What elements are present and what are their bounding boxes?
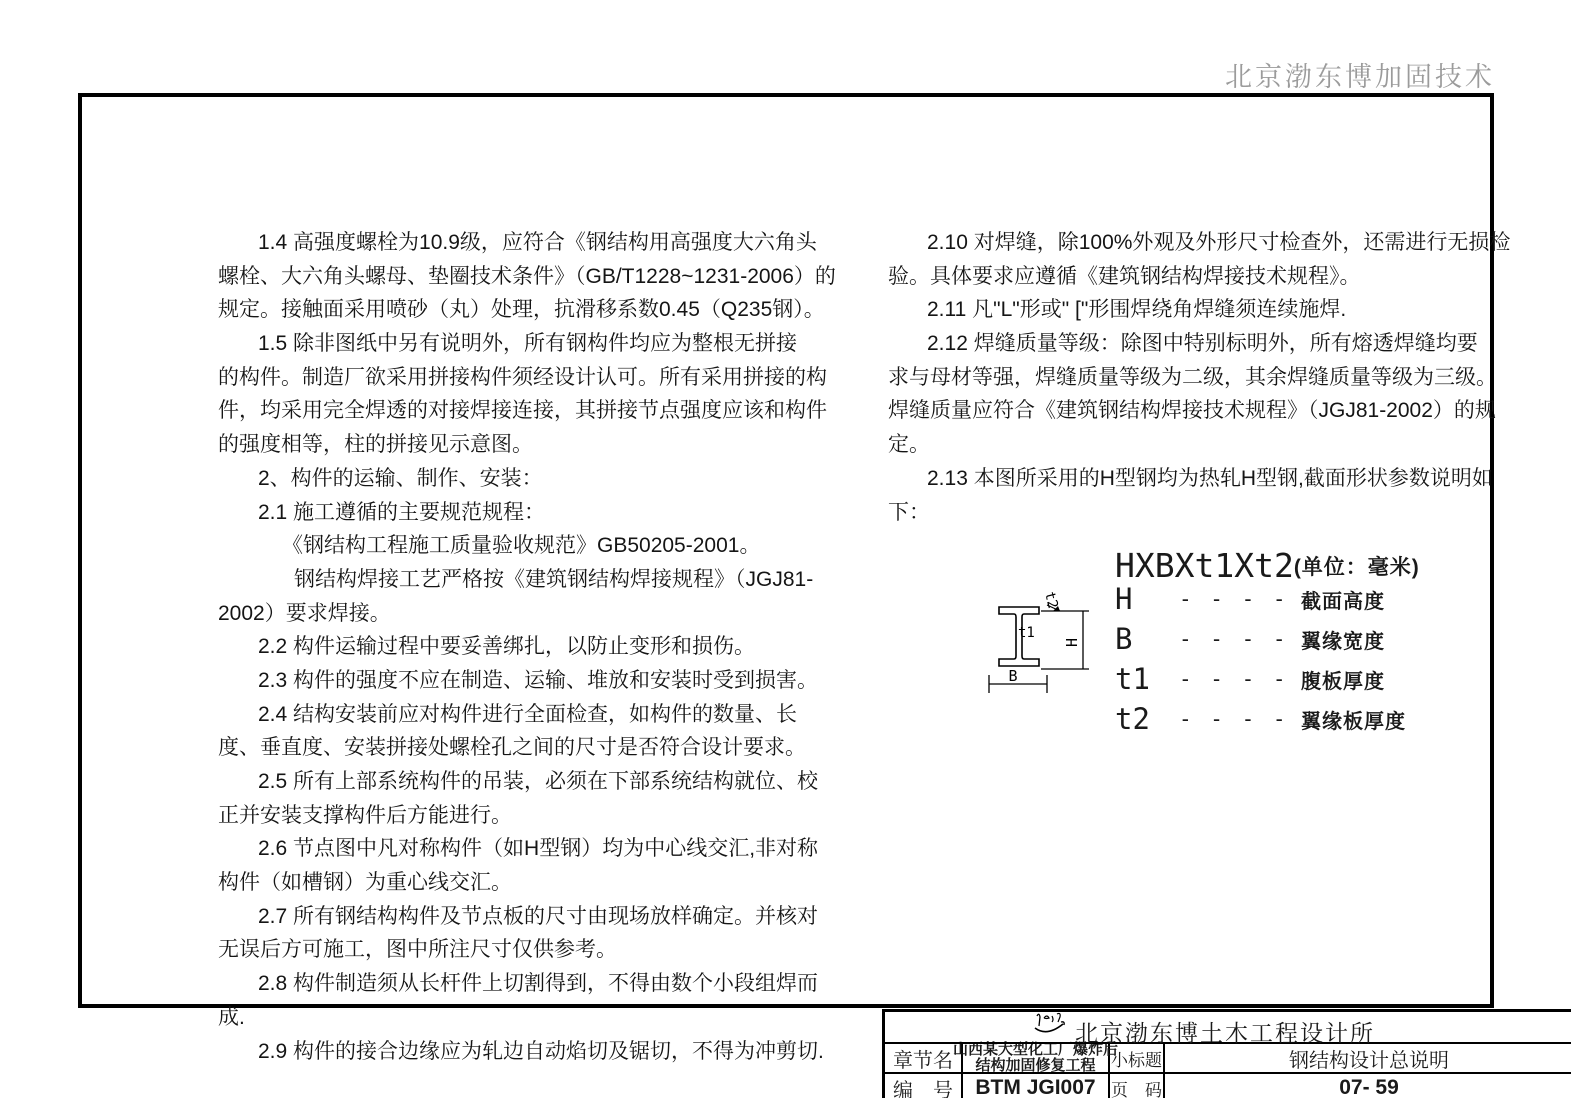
text-line: 2.4 结构安装前应对构件进行全面检查，如构件的数量、长	[218, 698, 843, 732]
text-line: 2.10 对焊缝，除100%外观及外形尺寸检查外，还需进行无损检	[888, 226, 1558, 260]
legend-description: 腹板厚度	[1301, 665, 1385, 694]
legend-dashes: - - - - -	[1179, 667, 1301, 691]
text-line: 1.5 除非图纸中另有说明外，所有钢构件均应为整根无拼接	[218, 327, 843, 361]
dim-b-label: B	[1008, 667, 1017, 685]
subtitle-label: 小标题	[1110, 1044, 1165, 1074]
text-line: 度、垂直度、安装拼接处螺栓孔之间的尺寸是否符合设计要求。	[218, 731, 843, 765]
text-line: 2.3 构件的强度不应在制造、运输、堆放和安装时受到损害。	[218, 664, 843, 698]
text-line: 螺栓、大六角头螺母、垫圈技术条件》（GB/T1228~1231-2006）的	[218, 260, 843, 294]
legend-row: t2 - - - - - 翼缘板厚度	[1115, 699, 1406, 739]
company-name: 北京渤东博土木工程设计所	[1075, 1015, 1375, 1048]
notes-column-right: 2.10 对焊缝，除100%外观及外形尺寸检查外，还需进行无损检验。具体要求应遵…	[888, 226, 1558, 529]
text-line: 正并安装支撑构件后方能进行。	[218, 799, 843, 833]
legend-description: 翼缘板厚度	[1301, 705, 1406, 734]
legend-row: B - - - - - 翼缘宽度	[1115, 619, 1406, 659]
legend-row: t1 - - - - - 腹板厚度	[1115, 659, 1406, 699]
legend-symbol: t2	[1115, 702, 1179, 736]
legend-symbol: B	[1115, 622, 1179, 656]
text-line: 求与母材等强，焊缝质量等级为二级，其余焊缝质量等级为三级。	[888, 361, 1558, 395]
h-beam-section-drawing: t1 t2 H B	[975, 587, 1095, 711]
project-name-line2: 结构加固修复工程	[975, 1058, 1095, 1074]
chapter-label: 章节名	[885, 1044, 963, 1074]
drawing-frame: 1.4 高强度螺栓为10.9级，应符合《钢结构用高强度大六角头螺栓、大六角头螺母…	[78, 93, 1494, 1008]
text-line: 构件（如槽钢）为重心线交汇。	[218, 866, 843, 900]
text-line: 2.9 构件的接合边缘应为轧边自动焰切及锯切，不得为冲剪切.	[218, 1035, 843, 1069]
text-line: 2.13 本图所采用的H型钢均为热轧H型钢,截面形状参数说明如	[888, 462, 1558, 496]
dim-h-label: H	[1063, 638, 1081, 647]
notes-column-left: 1.4 高强度螺栓为10.9级，应符合《钢结构用高强度大六角头螺栓、大六角头螺母…	[218, 226, 843, 1068]
h-beam-legend: H - - - - - 截面高度 B - - - - - 翼缘宽度 t1 - -…	[1115, 579, 1406, 739]
text-line: 定。	[888, 428, 1558, 462]
text-line: 2.1 施工遵循的主要规范规程：	[218, 496, 843, 530]
page-value: 07- 59	[1165, 1074, 1571, 1098]
legend-description: 翼缘宽度	[1301, 625, 1385, 654]
legend-dashes: - - - - -	[1179, 627, 1301, 651]
title-block-grid: 章节名 山西某大型化工厂爆炸后 结构加固修复工程 小标题 钢结构设计总说明 编 …	[885, 1044, 1571, 1098]
text-line: 2.12 焊缝质量等级：除图中特别标明外，所有熔透焊缝均要	[888, 327, 1558, 361]
legend-symbol: H	[1115, 582, 1179, 616]
text-line: 2.11 凡"L"形或" ["形围焊绕角焊缝须连续施焊.	[888, 293, 1558, 327]
text-line: 钢结构焊接工艺严格按《建筑钢结构焊接规程》（JGJ81-	[218, 563, 843, 597]
text-line: 下：	[888, 496, 1558, 530]
text-line: 规定。接触面采用喷砂（丸）处理，抗滑移系数0.45（Q235钢）。	[218, 293, 843, 327]
company-logo	[1031, 1010, 1073, 1044]
text-line: 2.8 构件制造须从长杆件上切割得到，不得由数个小段组焊而	[218, 967, 843, 1001]
text-line: 成.	[218, 1001, 843, 1035]
text-line: 2.7 所有钢结构构件及节点板的尺寸由现场放样确定。并核对	[218, 900, 843, 934]
text-line: 《钢结构工程施工质量验收规范》GB50205-2001。	[218, 529, 843, 563]
text-line: 焊缝质量应符合《建筑钢结构焊接技术规程》（JGJ81-2002）的规	[888, 394, 1558, 428]
text-line: 验。具体要求应遵循《建筑钢结构焊接技术规程》。	[888, 260, 1558, 294]
dim-t1-label: t1	[1018, 625, 1035, 641]
text-line: 无误后方可施工，图中所注尺寸仅供参考。	[218, 933, 843, 967]
text-line: 件，均采用完全焊透的对接焊接连接，其拼接节点强度应该和构件	[218, 394, 843, 428]
legend-row: H - - - - - 截面高度	[1115, 579, 1406, 619]
subtitle-value: 钢结构设计总说明	[1165, 1044, 1571, 1074]
text-line: 1.4 高强度螺栓为10.9级，应符合《钢结构用高强度大六角头	[218, 226, 843, 260]
text-line: 的构件。制造厂欲采用拼接构件须经设计认可。所有采用拼接的构	[218, 361, 843, 395]
number-value: BTM JGI007	[963, 1074, 1110, 1098]
text-line: 的强度相等，柱的拼接见示意图。	[218, 428, 843, 462]
number-label: 编 号	[885, 1074, 963, 1098]
title-block: 北京渤东博土木工程设计所 章节名 山西某大型化工厂爆炸后 结构加固修复工程 小标…	[882, 1009, 1571, 1098]
legend-dashes: - - - - -	[1179, 707, 1301, 731]
text-line: 2.2 构件运输过程中要妥善绑扎，以防止变形和损伤。	[218, 630, 843, 664]
formula-unit: (单位：毫米)	[1294, 556, 1420, 579]
legend-description: 截面高度	[1301, 585, 1385, 614]
text-line: 2.6 节点图中凡对称构件（如H型钢）均为中心线交汇,非对称	[218, 832, 843, 866]
text-line: 2.5 所有上部系统构件的吊装，必须在下部系统结构就位、校	[218, 765, 843, 799]
chapter-value: 山西某大型化工厂爆炸后 结构加固修复工程	[963, 1044, 1110, 1074]
legend-dashes: - - - - -	[1179, 587, 1301, 611]
legend-symbol: t1	[1115, 662, 1179, 696]
title-block-company-row: 北京渤东博土木工程设计所	[885, 1012, 1571, 1044]
text-line: 2002）要求焊接。	[218, 597, 843, 631]
page-header-company: 北京渤东博加固技术	[1225, 55, 1495, 94]
text-line: 2、构件的运输、制作、安装：	[218, 462, 843, 496]
page-label: 页 码	[1110, 1074, 1165, 1098]
